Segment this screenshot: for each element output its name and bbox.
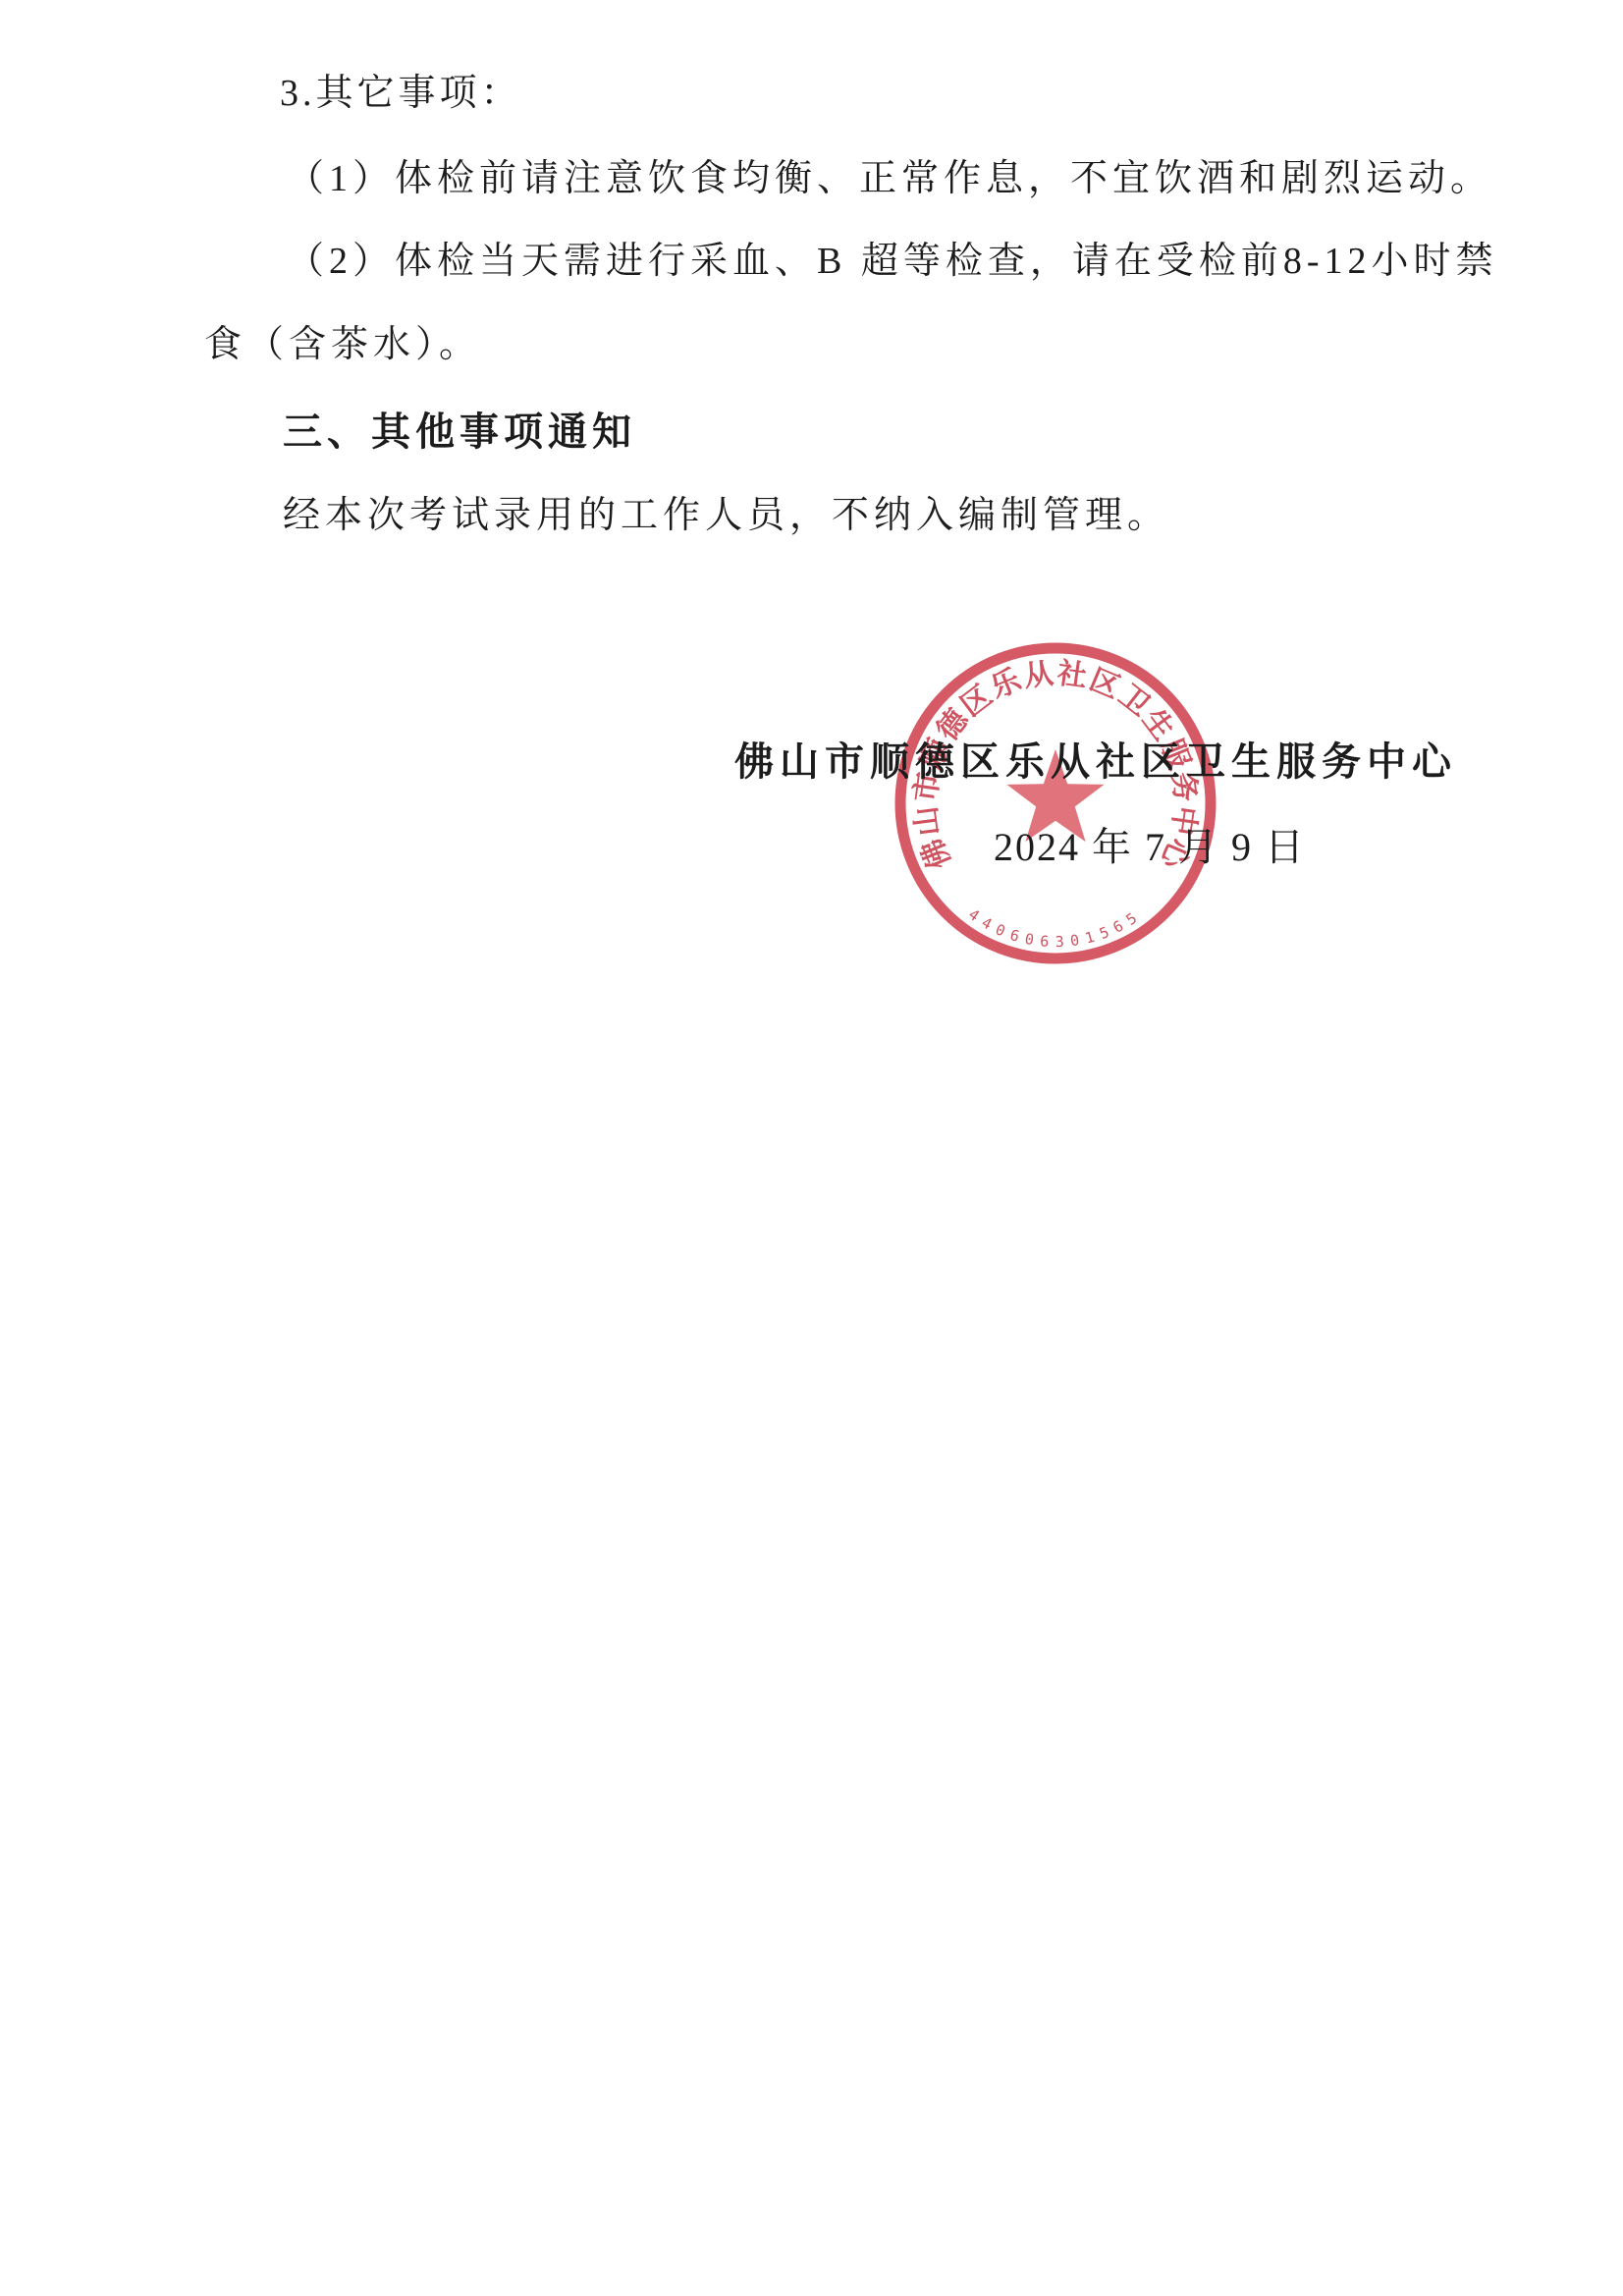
clause-3-item-2-line-2: 食（含茶水）。 (204, 324, 481, 367)
clause-3-item-2-line-1: （2）体检当天需进行采血、B 超等检查，请在受检前8-12小时禁 (287, 241, 1498, 284)
section-3-heading: 三、其他事项通知 (283, 410, 636, 455)
section-3-body: 经本次考试录用的工作人员，不纳入编制管理。 (283, 495, 1169, 538)
official-seal-stamp: 佛山市顺德区乐从社区卫生服务中心 440606301565 (893, 641, 1217, 965)
clause-3-item-1: （1）体检前请注意饮食均衡、正常作息，不宜饮酒和剧烈运动。 (287, 158, 1492, 201)
clause-3-heading: 3.其它事项： (280, 73, 522, 116)
scanned-document-page: 佛山市顺德区乐从社区卫生服务中心 440606301565 3.其它事项： （1… (0, 0, 1623, 2296)
signature-unit-name: 佛山市顺德区乐从社区卫生服务中心 (734, 739, 1457, 785)
signature-date: 2024 年 7 月 9 日 (994, 825, 1306, 870)
official-seal-icon: 佛山市顺德区乐从社区卫生服务中心 440606301565 (893, 641, 1217, 965)
